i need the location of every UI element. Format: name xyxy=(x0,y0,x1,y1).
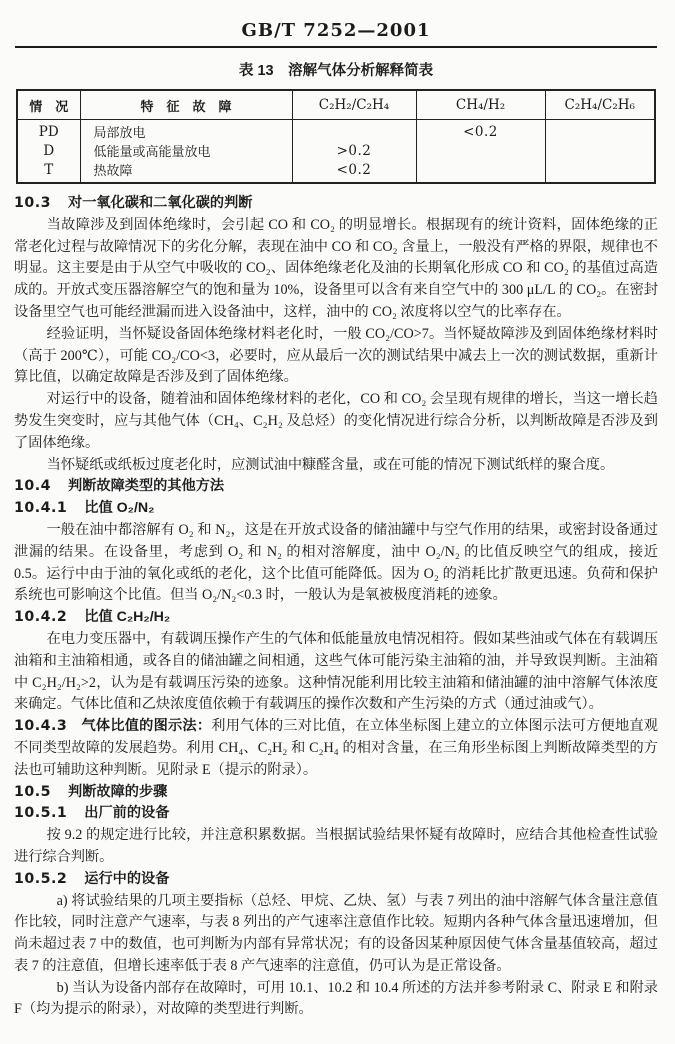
standard-number: GB/T 7252—2001 xyxy=(14,20,658,42)
section-number: 10.4.3 xyxy=(14,718,67,734)
list-item-b: b) 当认为设备内部存在故障时，可用 10.1、10.2 和 10.4 所述的方… xyxy=(14,978,658,1022)
section-heading-10-4: 10.4判断故障类型的其他方法 xyxy=(14,476,658,498)
cell-fault: 热故障 xyxy=(80,160,292,183)
cell-fault: 局部放电 xyxy=(80,120,292,142)
cell-ch4-h2: <0.2 xyxy=(416,120,545,142)
list-item-a: a) 将试验结果的几项主要指标（总烃、甲烷、乙炔、氢）与表 7 列出的油中溶解气… xyxy=(14,891,658,978)
col-header-fault: 特 征 故 障 xyxy=(80,90,292,120)
paragraph: 对运行中的设备，随着油和固体绝缘材料的老化，CO 和 CO₂ 会呈现有规律的增长… xyxy=(14,389,658,454)
cell-c2h2-c2h4: >0.2 xyxy=(292,141,416,160)
section-title: 判断故障的步骤 xyxy=(68,784,167,800)
table13-header-row: 情 况 特 征 故 障 C₂H₂/C₂H₄ CH₄/H₂ C₂H₄/C₂H₆ xyxy=(17,90,655,120)
section-title: 判断故障类型的其他方法 xyxy=(68,478,224,494)
table-row-pd: PD 局部放电 <0.2 xyxy=(17,120,655,142)
section-title: 运行中的设备 xyxy=(84,871,169,887)
cell-c2h2-c2h4: <0.2 xyxy=(292,160,416,183)
col-header-ch4-h2: CH₄/H₂ xyxy=(416,90,545,120)
section-title: 比值 O₂/N₂ xyxy=(84,500,154,516)
cell-ch4-h2 xyxy=(416,141,545,160)
section-heading-10-4-1: 10.4.1比值 O₂/N₂ xyxy=(14,498,658,520)
col-header-c2h2-c2h4: C₂H₂/C₂H₄ xyxy=(292,90,416,120)
col-header-c2h4-c2h6: C₂H₄/C₂H₆ xyxy=(545,90,655,120)
section-number: 10.5.2 xyxy=(14,871,67,887)
section-10-4-3: 10.4.3气体比值的图示法：利用气体的三对比值，在立体坐标图上建立的立体图示法… xyxy=(14,716,658,781)
document-page: GB/T 7252—2001 表 13 溶解气体分析解释简表 情 况 特 征 故… xyxy=(0,0,675,1044)
section-number: 10.5 xyxy=(14,784,51,800)
table13: 情 况 特 征 故 障 C₂H₂/C₂H₄ CH₄/H₂ C₂H₄/C₂H₆ P… xyxy=(16,89,656,184)
section-title: 对一氧化碳和二氧化碳的判断 xyxy=(68,195,252,211)
section-number: 10.3 xyxy=(14,195,51,211)
cell-c2h4-c2h6 xyxy=(545,120,655,142)
cell-case: PD xyxy=(17,120,80,142)
header-rule xyxy=(15,46,657,48)
cell-case: D xyxy=(17,141,80,160)
section-number: 10.5.1 xyxy=(14,805,67,821)
section-heading-10-5-1: 10.5.1出厂前的设备 xyxy=(14,803,658,825)
paragraph: 一般在油中都溶解有 O₂ 和 N₂，这是在开放式设备的储油罐中与空气作用的结果，… xyxy=(14,520,658,607)
col-header-case: 情 况 xyxy=(17,90,80,120)
section-heading-10-5: 10.5判断故障的步骤 xyxy=(14,782,658,804)
cell-ch4-h2 xyxy=(416,160,545,183)
table-row-d: D 低能量或高能量放电 >0.2 xyxy=(17,141,655,160)
section-heading-10-3: 10.3对一氧化碳和二氧化碳的判断 xyxy=(14,193,658,215)
section-number: 10.4.1 xyxy=(14,500,67,516)
paragraph: 当故障涉及到固体绝缘时，会引起 CO 和 CO₂ 的明显增长。根据现有的统计资料… xyxy=(14,215,658,324)
body-text: 10.3对一氧化碳和二氧化碳的判断 当故障涉及到固体绝缘时，会引起 CO 和 C… xyxy=(14,193,658,1021)
cell-case: T xyxy=(17,160,80,183)
section-heading-10-4-2: 10.4.2比值 C₂H₂/H₂ xyxy=(14,607,658,629)
section-title: 气体比值的图示法： xyxy=(81,718,211,734)
section-number: 10.4.2 xyxy=(14,609,67,625)
section-title: 比值 C₂H₂/H₂ xyxy=(84,609,170,625)
section-title: 出厂前的设备 xyxy=(84,805,169,821)
cell-c2h4-c2h6 xyxy=(545,160,655,183)
cell-c2h4-c2h6 xyxy=(545,141,655,160)
section-heading-10-5-2: 10.5.2运行中的设备 xyxy=(14,869,658,891)
paragraph: 在电力变压器中，有载调压操作产生的气体和低能量放电情况相符。假如某些油或气体在有… xyxy=(14,629,658,716)
cell-c2h2-c2h4 xyxy=(292,120,416,142)
cell-fault: 低能量或高能量放电 xyxy=(80,141,292,160)
paragraph: 按 9.2 的规定进行比较，并注意积累数据。当根据试验结果怀疑有故障时，应结合其… xyxy=(14,825,658,869)
table13-caption: 表 13 溶解气体分析解释简表 xyxy=(14,62,658,80)
scanned-standard-page: { "colors": { "ink": "#1c1c1c", "paper":… xyxy=(0,0,675,1044)
table-row-t: T 热故障 <0.2 xyxy=(17,160,655,183)
paragraph: 当怀疑纸或纸板过度老化时，应测试油中糠醛含量，或在可能的情况下测试纸样的聚合度。 xyxy=(14,455,658,477)
section-number: 10.4 xyxy=(14,478,51,494)
paragraph: 经验证明，当怀疑设备固体绝缘材料老化时，一般 CO₂/CO>7。当怀疑故障涉及到… xyxy=(14,324,658,389)
